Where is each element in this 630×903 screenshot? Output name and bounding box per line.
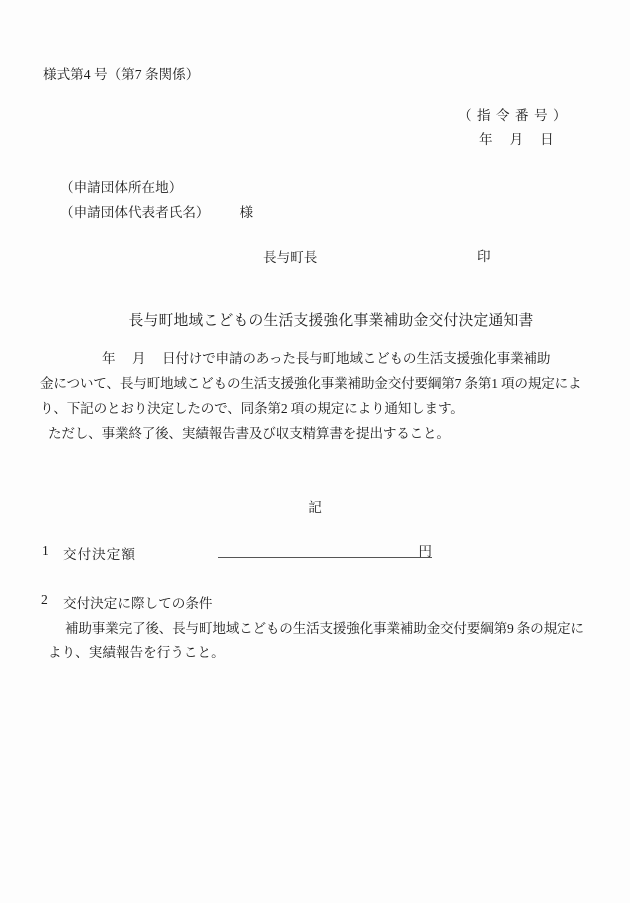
recipient-name-row: （申請団体代表者氏名）様 (60, 201, 253, 221)
recipient-address-label: （申請団体所在地） (60, 176, 182, 196)
item-2-text-line-2: より、実績報告を行うこと。 (48, 641, 225, 661)
recipient-honorific: 様 (240, 205, 254, 220)
item-1-label: 交付決定額 (63, 543, 136, 563)
body-line-3: り、下記のとおり決定したので、同条第2 項の規定により通知します。 (40, 396, 596, 421)
body-line-4: ただし、事業終了後、実績報告書及び収支精算書を提出すること。 (40, 421, 596, 446)
sender-title: 長与町長 (263, 246, 317, 266)
form-number: 様式第4 号（第7 条関係） (43, 63, 199, 83)
recipient-name-label: （申請団体代表者氏名） (60, 205, 210, 220)
document-page: 様式第4 号（第7 条関係） （ 指 令 番 号 ） 年 月 日 （申請団体所在… (0, 0, 630, 903)
directive-number-label: （ 指 令 番 号 ） (458, 104, 568, 124)
amount-unit-label: 円 (418, 544, 432, 559)
body-paragraph: 年 月 日付けで申請のあった長与町地域こどもの生活支援強化事業補助 金について、… (40, 346, 596, 446)
document-title: 長与町地域こどもの生活支援強化事業補助金交付決定通知書 (0, 309, 630, 330)
body-line-2: 金について、長与町地域こどもの生活支援強化事業補助金交付要綱第7 条第1 項の規… (40, 371, 596, 396)
item-2-number: 2 (41, 592, 48, 608)
issue-date-line: 年 月 日 (479, 128, 554, 148)
item-2-label: 交付決定に際しての条件 (63, 592, 213, 612)
item-2-text-line-1: 補助事業完了後、長与町地域こどもの生活支援強化事業補助金交付要綱第9 条の規定に (65, 617, 584, 637)
item-1-number: 1 (42, 543, 49, 559)
record-marker: 記 (0, 496, 630, 516)
body-line-1: 年 月 日付けで申請のあった長与町地域こどもの生活支援強化事業補助 (40, 346, 596, 371)
amount-blank-line: 円 (218, 540, 432, 558)
seal-mark: 印 (477, 245, 491, 265)
